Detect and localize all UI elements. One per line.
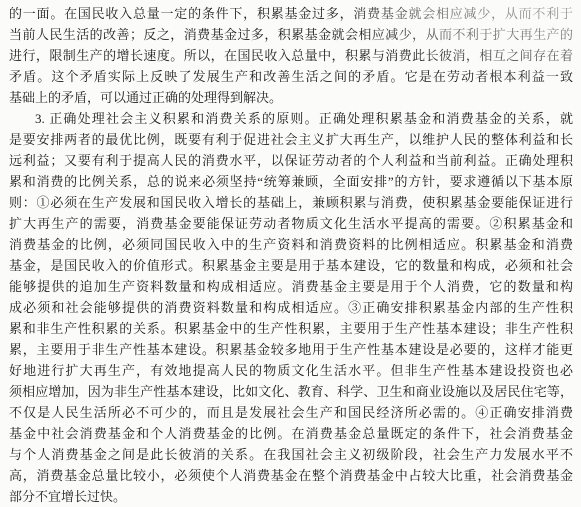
text-line: 能够提供的追加生产资料数量和构成相适应。消费基金主要是用于个人消费，它的数量和构 [9,276,573,297]
text-line: 好地进行扩大再生产，有效地提高人民的物质文化生活水平。但非生产性基本建设投资也必 [9,360,573,381]
text-line: 基金，是国民收入的价值形式。积累基金主要是用于基本建设，它的数量和构成，必须和社… [9,255,573,276]
text-line: 进行，限制生产的增长速度。所以，在国民收入总量中，积累与消费此长彼消，相互之间存… [9,45,573,66]
text-line: 基础上的矛盾，可以通过正确的处理得到解决。 [9,87,573,108]
text-line: 的一面。在国民收入总量一定的条件下，积累基金过多，消费基金就会相应减少，从而不利… [9,3,573,24]
document-page: 的一面。在国民收入总量一定的条件下，积累基金过多，消费基金就会相应减少，从而不利… [0,0,581,507]
text-line: 高，消费基金总量比较小，必须使个人消费基金在整个消费基金中占较大比重，社会消费基… [9,465,573,486]
text-line: 须相应增加，因为非生产性基本建设，比如文化、教育、科学、卫生和商业设施以及居民住… [9,381,573,402]
text-line: 与个人消费基金之间是此长彼消的关系。在我国社会主义初级阶段，社会生产力发展水平不 [9,444,573,465]
text-line: 累和消费的比例关系，总的说来必须坚持“统筹兼顾，全面安排”的方针，要求遵循以下基… [9,171,573,192]
text-line: 基金中社会消费基金和个人消费基金的比例。在消费基金总量既定的条件下，社会消费基金 [9,423,573,444]
text-line: 消费基金的比例，必须同国民收入中的生产资料和消费资料的比例相适应。积累基金和消费 [9,234,573,255]
body-text-block: 的一面。在国民收入总量一定的条件下，积累基金过多，消费基金就会相应减少，从而不利… [9,3,573,507]
text-line: 矛盾。这个矛盾实际上反映了发展生产和改善生活之间的矛盾。它是在劳动者根本利益一致 [9,66,573,87]
text-line: 远利益；又要有利于提高人民的消费水平，以保证劳动者的个人利益和当前利益。正确处理… [9,150,573,171]
text-line: 3. 正确处理社会主义积累和消费关系的原则。正确处理积累基金和消费基金的关系，就 [9,108,573,129]
text-line: 是要安排两者的最优比例，既要有利于促进社会主义扩大再生产，以维护人民的整体利益和… [9,129,573,150]
text-line: 部分不宜增长过快。 [9,486,573,507]
text-line: 不仅是人民生活所必不可少的，而且是发展社会生产和国民经济所必需的。④正确安排消费 [9,402,573,423]
text-line: 累，主要用于非生产性基本建设。积累基金较多地用于生产性基本建设是必要的，这样才能… [9,339,573,360]
text-line: 则：①必须在生产发展和国民收入增长的基础上，兼顾积累与消费，使积累基金要能保证进… [9,192,573,213]
text-line: 成必须和社会能够提供的消费资料数量和构成相适应。③正确安排积累基金内部的生产性积 [9,297,573,318]
text-line: 累和非生产性积累的关系。积累基金中的生产性积累，主要用于生产性基本建设；非生产性… [9,318,573,339]
text-line: 扩大再生产的需要，消费基金要能保证劳动者物质文化生活水平提高的需要。②积累基金和 [9,213,573,234]
text-line: 当前人民生活的改善；反之，消费基金过多，积累基金就会相应减少，从而不利于扩大再生… [9,24,573,45]
